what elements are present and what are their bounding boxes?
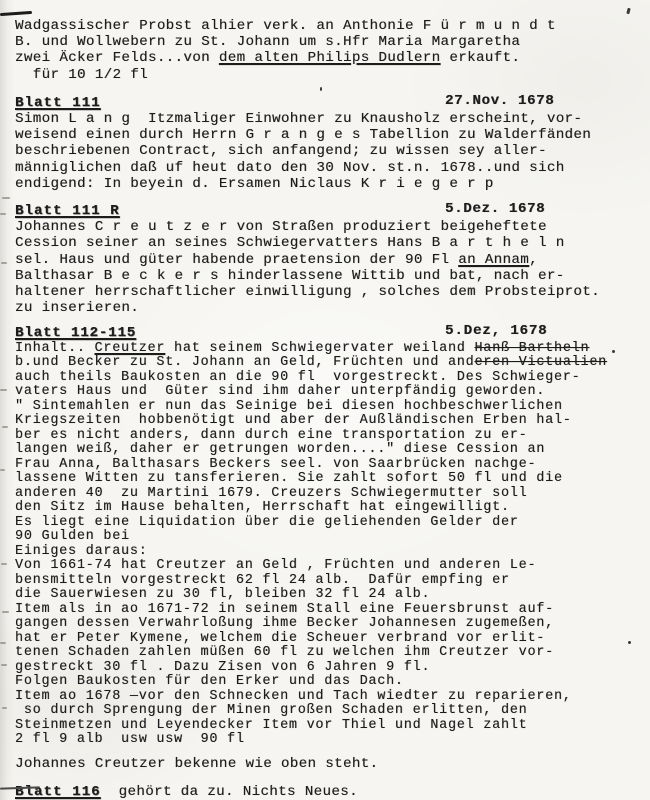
text-line: haltener herrschaftlicher einwilligung ,…: [15, 284, 646, 300]
entry-heading-row: Blatt 11127.Nov. 1678: [15, 93, 646, 111]
scan-speckle: [320, 87, 322, 91]
scanned-document-page: Wadgassischer Probst alhier verk. an Ant…: [0, 0, 650, 800]
scan-speckle: [1, 664, 7, 666]
text-segment: hat er Peter Kymene, welchem die Scheuer…: [15, 631, 545, 646]
blatt-heading: Blatt 112-115: [15, 325, 136, 341]
text-line: 90 Gulden bei: [15, 530, 646, 545]
text-segment: endigend: In beyein d. Ersamen Niclaus K…: [15, 176, 494, 192]
text-segment: anderen 40 zu Martini 1679. Creuzers Sch…: [15, 486, 527, 501]
text-segment: Von 1661-74 hat Creutzer an Geld , Früch…: [15, 558, 536, 573]
text-line: Es liegt eine Liquidation über die gelie…: [15, 516, 646, 531]
text-line: weisend einen durch Herrn G r a n g e s …: [15, 127, 646, 143]
text-line: beschriebenen Contract, sich anfangend; …: [15, 143, 646, 159]
text-segment: Frau Anna, Balthasars Beckers seel. von …: [15, 457, 536, 472]
text-line: Cession seiner an seines Schwiegervatter…: [15, 235, 646, 251]
text-line: langen weiß, daher er getrungen worden..…: [15, 443, 646, 458]
text-line: vaters Haus und Güter sind ihm daher unt…: [15, 385, 646, 400]
text-segment: tenen Schaden zahlen müßen 60 fl zu welc…: [15, 645, 554, 660]
text-segment: Einiges daraus:: [15, 544, 148, 559]
text-segment: zu inserieren.: [15, 300, 139, 316]
blatt-entry: Blatt 112-1155.Dez, 1678Inhalt.. Creutze…: [15, 323, 646, 748]
text-line: bensmitteln vorgestreckt 62 fl 24 alb. D…: [15, 574, 646, 589]
scan-speckle: [2, 426, 8, 428]
text-line: zwei Äcker Felds...von dem alten Philips…: [15, 50, 646, 66]
text-line: sel. Haus und güter habende praetension …: [15, 252, 646, 268]
text-line: Simon L a n g Itzmaliger Einwohner zu Kn…: [15, 111, 646, 127]
text-segment: ,: [529, 252, 538, 268]
text-line: hat er Peter Kymene, welchem die Scheuer…: [15, 632, 646, 647]
scan-speckle: [0, 213, 6, 215]
text-segment: auch theils Baukosten an die 90 fl vorge…: [15, 370, 580, 385]
scan-speckle: [1, 563, 7, 565]
text-line: den Sitz im Hause behalten, Herrschaft h…: [15, 501, 646, 516]
text-segment: erkauft.: [440, 50, 520, 66]
text-segment: 90 Gulden bei: [15, 529, 130, 544]
marked-text: eren Victualien: [474, 355, 607, 370]
text-segment: b.und Becker zu St. Johann an Geld, Früc…: [15, 355, 474, 370]
text-segment: lassene Witten zu tansferieren. Sie zahl…: [15, 471, 563, 486]
text-line: so durch Sprengung der Minen großen Scha…: [15, 704, 646, 719]
text-line: Kriegszeiten hobbenötigt und aber der Au…: [15, 414, 646, 429]
text-segment: langen weiß, daher er getrungen worden..…: [15, 442, 545, 457]
marked-text: dem alten Philips Dudlern: [219, 50, 441, 66]
entry-date: 5.Dez. 1678: [445, 201, 545, 217]
text-line: tenen Schaden zahlen müßen 60 fl zu welc…: [15, 646, 646, 661]
text-segment: gangen dessen Verwahrloßung ihme Becker …: [15, 616, 554, 631]
marked-text: Hanß Bartheln: [474, 341, 589, 356]
text-line: endigend: In beyein d. Ersamen Niclaus K…: [15, 176, 646, 192]
text-line: anderen 40 zu Martini 1679. Creuzers Sch…: [15, 487, 646, 502]
marked-text: an Annam: [458, 252, 529, 268]
text-line: Balthasar B e c k e r s hinderlassene Wi…: [15, 268, 646, 284]
text-line: Johannes C r e u t z e r von Straßen pro…: [15, 219, 646, 235]
text-segment: gestreckt 30 fl . Dazu Zisen von 6 Jahre…: [15, 660, 430, 675]
scan-speckle: [0, 389, 7, 391]
text-segment: Folgen Baukosten für den Erker und das D…: [15, 674, 404, 689]
text-line: männiglichen daß uf heut dato den 30 Nov…: [15, 160, 646, 176]
text-segment: Item als in ao 1671-72 in seinem Stall e…: [15, 602, 554, 617]
text-segment: ber es nicht anders, dann durch eine tra…: [15, 428, 527, 443]
text-line: Wadgassischer Probst alhier verk. an Ant…: [15, 18, 646, 34]
footer-blatt-text: gehört da zu. Nichts Neues.: [119, 784, 358, 800]
text-line: Inhalt.. Creutzer hat seinem Schwiegerva…: [15, 342, 646, 357]
scan-speckle: [1, 262, 7, 264]
text-segment: weisend einen durch Herrn G r a n g e s …: [15, 127, 591, 143]
text-segment: 2 fl 9 alb usw usw 90 fl: [15, 732, 245, 747]
text-line: Steinmetzen und Leyendecker Item vor Thi…: [15, 719, 646, 734]
text-line: 2 fl 9 alb usw usw 90 fl: [15, 733, 646, 748]
entry-heading-row: Blatt 111 R5.Dez. 1678: [15, 201, 646, 219]
text-segment: Cession seiner an seines Schwiegervatter…: [15, 235, 565, 251]
text-line: die Sauerwiesen zu 30 fl, bleiben 32 fl …: [15, 588, 646, 603]
text-segment: vaters Haus und Güter sind ihm daher unt…: [15, 384, 545, 399]
text-segment: " Sintemahlen er nun das Seinige bei die…: [15, 399, 563, 414]
text-segment: Kriegszeiten hobbenötigt und aber der Au…: [15, 413, 572, 428]
text-segment: sel. Haus und güter habende praetension …: [15, 252, 458, 268]
entries-container: Blatt 11127.Nov. 1678Simon L a n g Itzma…: [15, 93, 646, 748]
entry-date: 5.Dez, 1678: [445, 323, 547, 340]
text-line: auch theils Baukosten an die 90 fl vorge…: [15, 371, 646, 386]
scan-speckle: [2, 197, 10, 199]
text-segment: so durch Sprengung der Minen großen Scha…: [15, 703, 527, 718]
blatt-heading: Blatt 111 R: [15, 203, 120, 219]
text-line: Von 1661-74 hat Creutzer an Geld , Früch…: [15, 559, 646, 574]
text-line: Einiges daraus:: [15, 545, 646, 560]
text-line: für 10 1/2 fl: [15, 67, 646, 83]
text-segment: Balthasar B e c k e r s hinderlassene Wi…: [15, 268, 565, 284]
footer-entry: Blatt 116gehört da zu. Nichts Neues.: [15, 782, 646, 800]
text-line: " Sintemahlen er nun das Seinige bei die…: [15, 400, 646, 415]
text-line: lassene Witten zu tansferieren. Sie zahl…: [15, 472, 646, 487]
text-segment: B. und Wollwebern zu St. Johann um s.Hfr…: [15, 34, 520, 50]
text-segment: Item ao 1678 —vor den Schnecken und Tach…: [15, 689, 572, 704]
text-line: b.und Becker zu St. Johann an Geld, Früc…: [15, 356, 646, 371]
signature-line: Johannes Creutzer bekenne wie oben steht…: [15, 756, 646, 772]
scan-speckle: [628, 641, 631, 644]
text-segment: Inhalt..: [15, 341, 95, 356]
text-line: zu inserieren.: [15, 300, 646, 316]
scan-speckle: [2, 611, 9, 613]
blatt-entry: Blatt 111 R5.Dez. 1678Johannes C r e u t…: [15, 201, 646, 316]
text-line: B. und Wollwebern zu St. Johann um s.Hfr…: [15, 34, 646, 50]
text-segment: Johannes C r e u t z e r von Straßen pro…: [15, 219, 547, 235]
text-segment: die Sauerwiesen zu 30 fl, bleiben 32 fl …: [15, 587, 430, 602]
text-segment: Wadgassischer Probst alhier verk. an Ant…: [15, 18, 556, 34]
text-segment: männiglichen daß uf heut dato den 30 Nov…: [15, 160, 565, 176]
entry-heading-row: Blatt 112-1155.Dez, 1678: [15, 323, 646, 342]
scan-speckle: [0, 469, 5, 471]
text-line: gestreckt 30 fl . Dazu Zisen von 6 Jahre…: [15, 661, 646, 676]
text-segment: den Sitz im Hause behalten, Herrschaft h…: [15, 500, 510, 515]
text-line: Frau Anna, Balthasars Beckers seel. von …: [15, 458, 646, 473]
scan-speckle: [612, 350, 615, 353]
intro-paragraph: Wadgassischer Probst alhier verk. an Ant…: [15, 13, 646, 83]
text-segment: Es liegt eine Liquidation über die gelie…: [15, 515, 519, 530]
text-segment: haltener herrschaftlicher einwilligung ,…: [15, 284, 600, 300]
text-segment: für 10 1/2 fl: [15, 67, 148, 83]
blatt-entry: Blatt 11127.Nov. 1678Simon L a n g Itzma…: [15, 93, 646, 192]
text-segment: beschriebenen Contract, sich anfangend; …: [15, 143, 547, 159]
text-line: Item als in ao 1671-72 in seinem Stall e…: [15, 603, 646, 618]
text-segment: bensmitteln vorgestreckt 62 fl 24 alb. D…: [15, 573, 510, 588]
text-segment: zwei Äcker Felds...von: [15, 50, 219, 66]
scan-speckle: [2, 707, 7, 709]
text-segment: Simon L a n g Itzmaliger Einwohner zu Kn…: [15, 111, 582, 127]
entry-date: 27.Nov. 1678: [445, 93, 554, 109]
marked-text: Creutzer: [95, 341, 166, 356]
text-line: gangen dessen Verwahrloßung ihme Becker …: [15, 617, 646, 632]
text-segment: hat seinem Schwiegervater weiland: [165, 341, 474, 356]
text-line: ber es nicht anders, dann durch eine tra…: [15, 429, 646, 444]
blatt-heading: Blatt 111: [15, 95, 101, 111]
scan-speckle: [0, 642, 6, 644]
text-segment: Steinmetzen und Leyendecker Item vor Thi…: [15, 718, 527, 733]
text-line: Item ao 1678 —vor den Schnecken und Tach…: [15, 690, 646, 705]
text-line: Folgen Baukosten für den Erker und das D…: [15, 675, 646, 690]
